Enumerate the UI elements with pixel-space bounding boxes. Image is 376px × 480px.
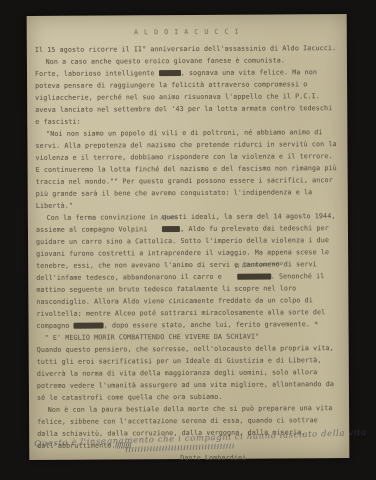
page-title: A L D O I A C U C C I bbox=[35, 25, 339, 39]
typewritten-text: A L D O I A C U C C I Il 15 agosto ricor… bbox=[35, 25, 342, 465]
redaction-mark bbox=[159, 70, 181, 76]
text-segment: Forte, laborioso intelligente bbox=[35, 69, 159, 78]
paragraph-anniversary: Il 15 agosto ricorre il II° anniversario… bbox=[35, 42, 339, 56]
redaction-with-note: si allontanarono bbox=[226, 270, 271, 282]
redaction-with-note: Alceo bbox=[151, 223, 180, 235]
scan-background: A L D O I A C U C C I Il 15 agosto ricor… bbox=[0, 0, 376, 480]
paragraph-appeal: Forte, laborioso intelligente , sognava … bbox=[35, 66, 339, 128]
redaction-mark bbox=[162, 226, 180, 232]
paragraph-story: Con la ferma convinzione in questi ideal… bbox=[36, 210, 341, 332]
redaction-mark bbox=[237, 273, 271, 279]
paragraph-quote-pci: "Noi non siamo un popolo di vili e di po… bbox=[35, 126, 340, 212]
redaction-mark bbox=[74, 323, 104, 329]
signature: Dante Lombardini bbox=[180, 451, 341, 464]
paper-sheet: A L D O I A C U C C I Il 15 agosto ricor… bbox=[27, 14, 350, 460]
paragraph-ideal: Quando questo pensiero, che sorresse, ne… bbox=[37, 342, 341, 404]
text-segment: , dopo essere stato, anche lui, ferito g… bbox=[104, 320, 319, 329]
